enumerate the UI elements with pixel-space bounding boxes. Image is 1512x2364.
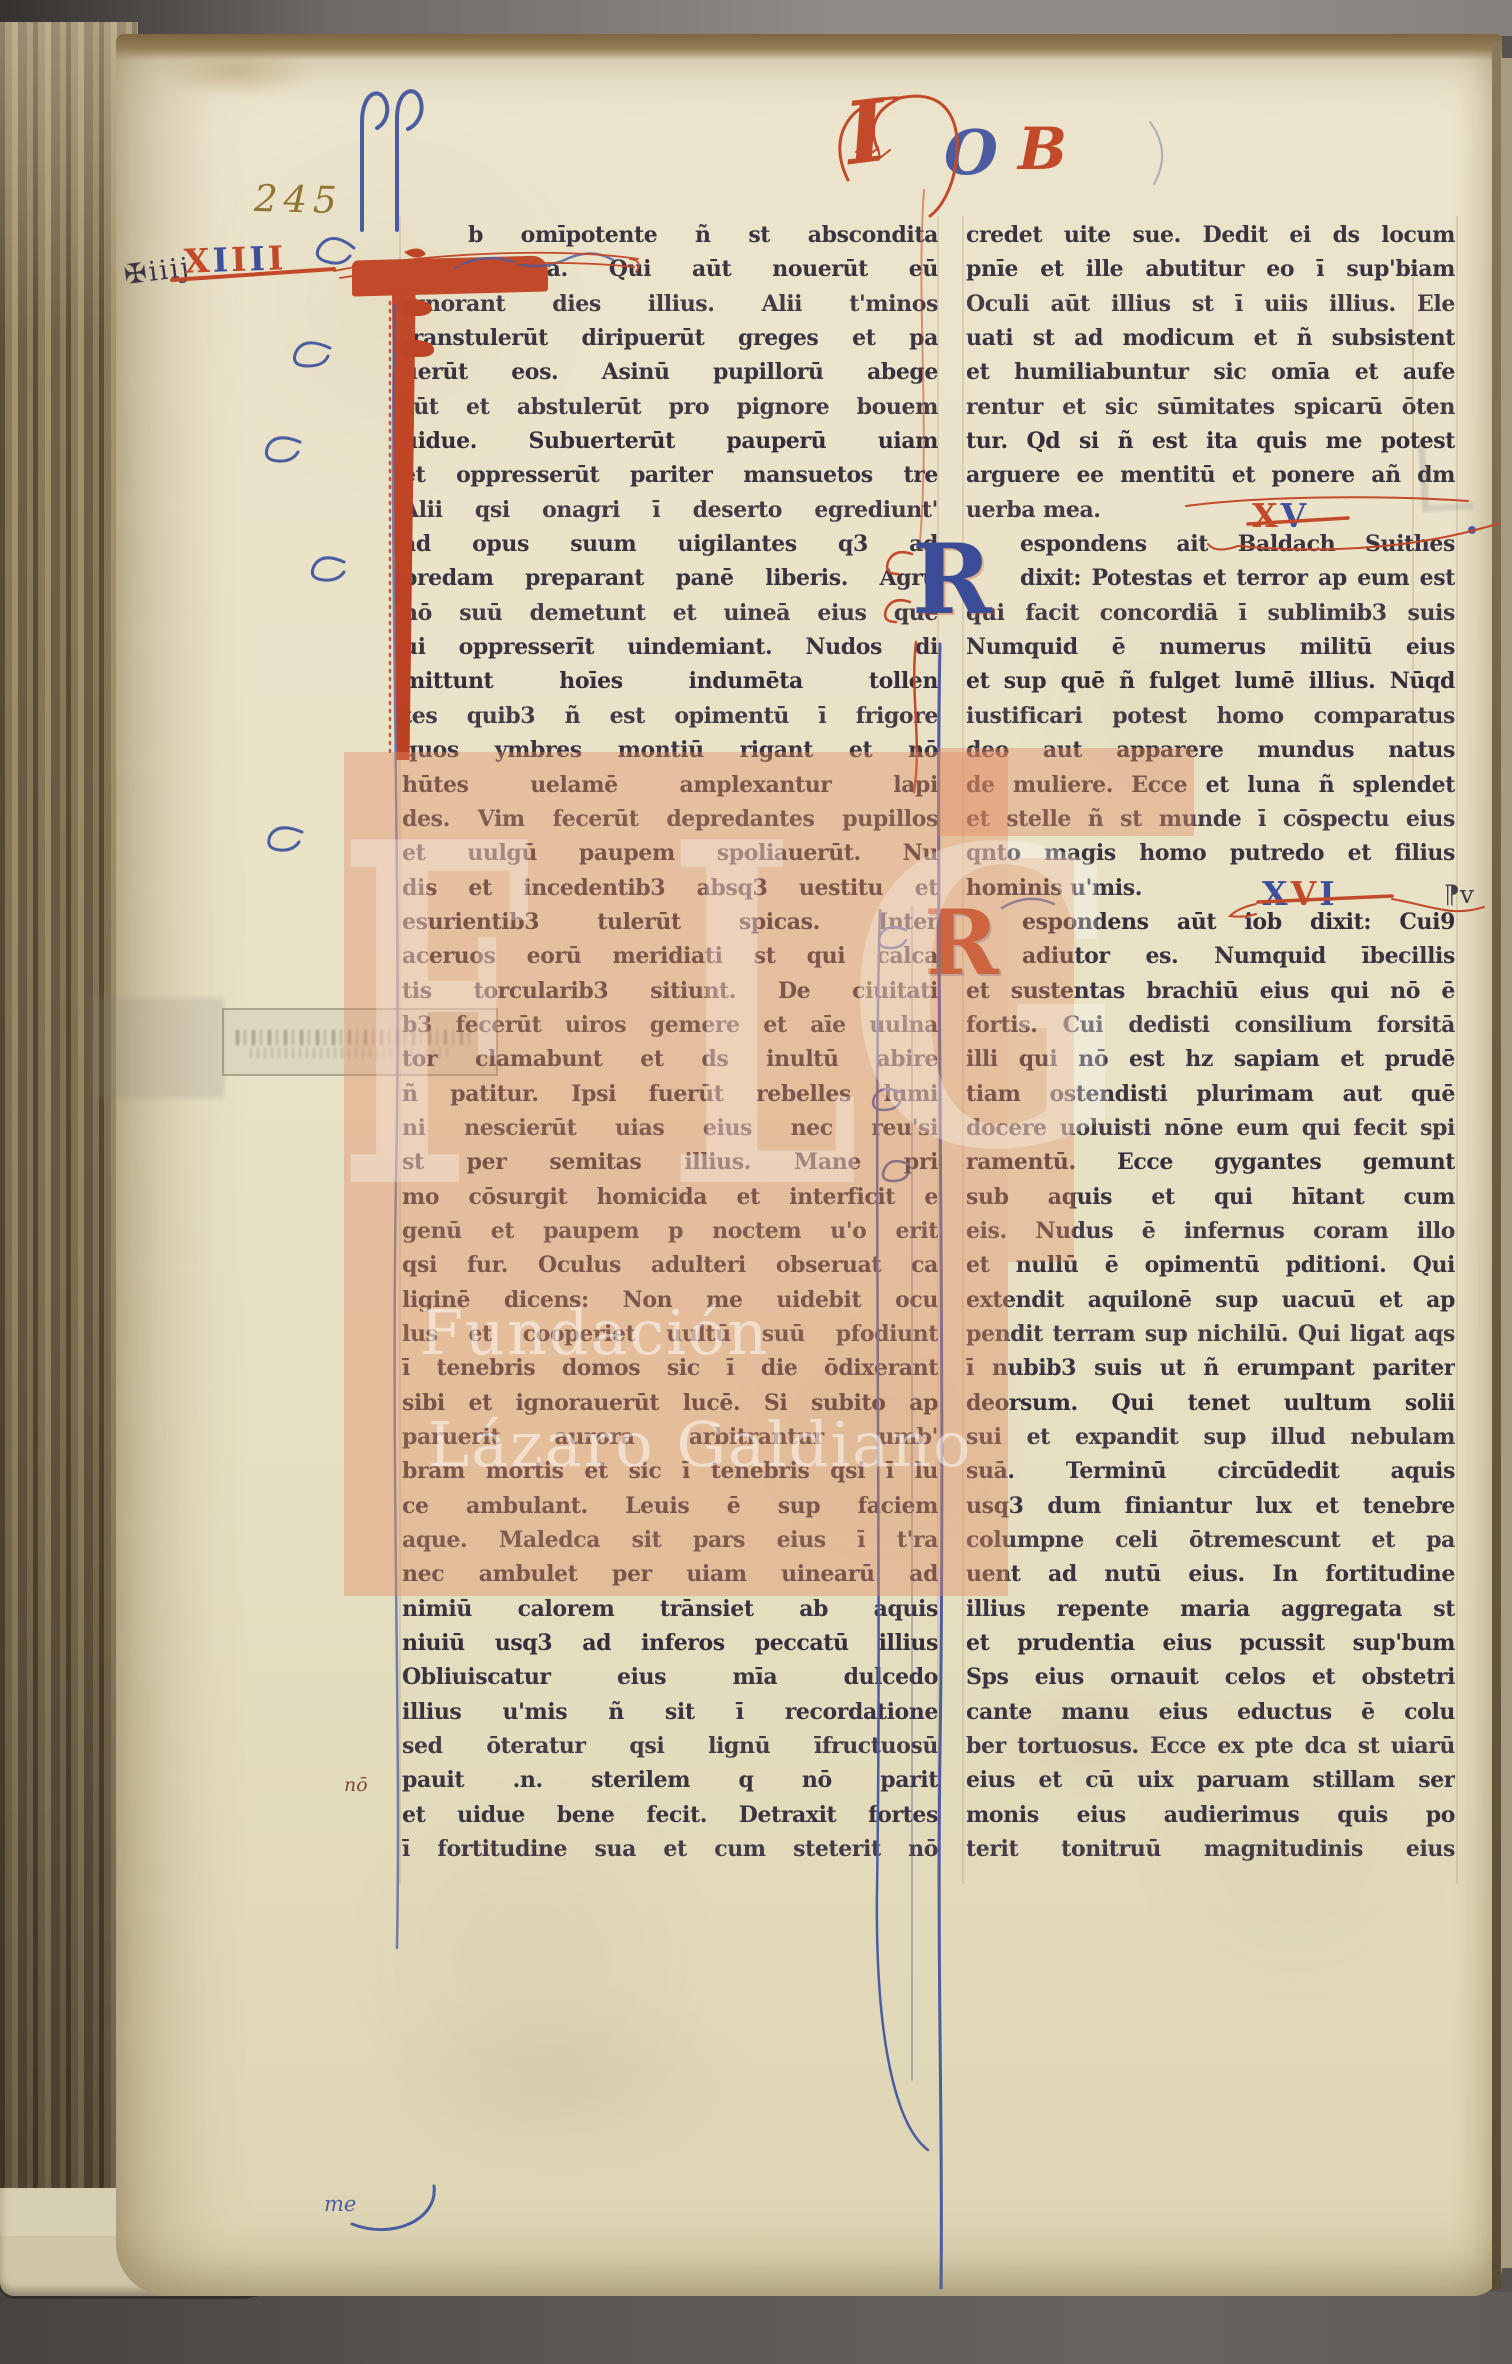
text-column-right: credet uite sue. Dedit ei ds locumpnīe e…: [966, 218, 1455, 1867]
text-line: qnto magis homo putredo et filius: [966, 836, 1455, 870]
text-line: tiam ostendisti plurimam aut quē: [966, 1077, 1455, 1111]
text-line: I: [1319, 874, 1337, 913]
text-line: V: [1281, 496, 1310, 535]
text-line: X: [1252, 496, 1281, 535]
text-line: ad opus suum uigilantes q3 ad: [402, 527, 938, 561]
text-line: columpne celi ōtremescunt et pa: [966, 1523, 1455, 1557]
text-line: ī nubib3 suis ut ñ erumpant pariter: [966, 1351, 1455, 1385]
text-line: illi qui nō est hz sapiam et prudē: [966, 1042, 1455, 1076]
text-line: ī fortitudine sua et cum steterit nō: [402, 1832, 938, 1866]
text-line: iustificari potest homo comparatus: [966, 699, 1455, 733]
text-line: qsi fur. Oculus adulteri obseruat ca: [402, 1248, 938, 1282]
text-line: I: [230, 240, 250, 280]
underlying-pages-right: [1501, 58, 1512, 2268]
text-line: ī tenebris domos sic ī die ōdixerant: [402, 1351, 938, 1385]
text-line: lus et cooperiet uultū suū pfodiunt: [402, 1317, 938, 1351]
text-line: eis. Nudus ē infernus coram illo: [966, 1214, 1455, 1248]
text-line: deorsum. Qui tenet uultum solii: [966, 1386, 1455, 1420]
text-line: niuiū usq3 ad inferos peccatū illius: [402, 1626, 938, 1660]
text-line: V: [1291, 874, 1320, 913]
text-line: pauit .n. sterilem q nō parit: [402, 1763, 938, 1797]
text-line: I: [267, 238, 287, 278]
text-line: tes quib3 ñ est opimentū ī frigore: [402, 699, 938, 733]
chapter-numeral-xiiii: XIIII: [183, 238, 287, 281]
text-line: I: [212, 240, 232, 280]
text-line: fortis. Cui dedisti consilium forsitā: [966, 1008, 1455, 1042]
text-line: et nullū ē opimentū pditioni. Qui: [966, 1248, 1455, 1282]
text-line: ce ambulant. Leuis ē sup faciem: [402, 1489, 938, 1523]
parchment-stain: [360, 1980, 760, 2180]
text-line: nec ambulet per uiam uinearū ad: [402, 1557, 938, 1591]
text-line: ñ patitur. Ipsi fuerūt rebelles lumi: [402, 1077, 938, 1111]
text-line: Numquid ē numerus militū eius: [966, 630, 1455, 664]
text-line: illius repente maria aggregata st: [966, 1592, 1455, 1626]
text-line: transtulerūt diripuerūt greges et pa: [402, 321, 938, 355]
text-line: terit tonitruū magnitudinis eius: [966, 1832, 1455, 1866]
text-line: illius u'mis ñ sit ī recordatione: [402, 1695, 938, 1729]
chapter-numeral-xvi: XVI: [1262, 874, 1338, 913]
text-line: mo cōsurgit homicida et interficit e: [402, 1180, 938, 1214]
text-line: ni nescierūt uias eius nec reu'si: [402, 1111, 938, 1145]
text-line: usq3 dum finiantur lux et tenebre: [966, 1489, 1455, 1523]
text-line: et stelle ñ st munde ī cōspectu eius: [966, 802, 1455, 836]
text-line: qui facit concordiā ī sublimib3 suis: [966, 596, 1455, 630]
text-line: adiutor es. Numquid ībecillis: [966, 939, 1455, 973]
text-line: espondens aūt iob dixit: Cui9: [966, 905, 1455, 939]
text-line: rūt et abstulerūt pro pignore bouem: [402, 390, 938, 424]
text-line: X: [183, 241, 213, 281]
text-line: tor clamabunt et ds inultū abire: [402, 1042, 938, 1076]
text-line: sub aquis et qui hītant cum: [966, 1180, 1455, 1214]
text-line: pendit terram sup nichilū. Qui ligat aqs: [966, 1317, 1455, 1351]
text-line: nō suū demetunt et uineā eius quē: [402, 596, 938, 630]
text-line: dis et incedentib3 absq3 uestitu et: [402, 871, 938, 905]
background-top-strip: [0, 0, 1512, 36]
text-line: hominis u'mis.: [966, 871, 1455, 905]
text-line: uerūt eos. Asinū pupillorū abege: [402, 355, 938, 389]
text-line: aceruos eorū meridiati st qui calca: [402, 939, 938, 973]
text-line: dixit: Potestas et terror ap eum est: [966, 561, 1455, 595]
text-line: paruerit aurora arbitrantur umb': [402, 1420, 938, 1454]
text-line: genū et paupem p noctem u'o erit: [402, 1214, 938, 1248]
text-line: credet uite sue. Dedit ei ds locum: [966, 218, 1455, 252]
text-line: ber tortuosus. Ecce ex pte dca st uiarū: [966, 1729, 1455, 1763]
text-line: predam preparant panē liberis. Agrū: [402, 561, 938, 595]
text-line: Obliuiscatur eius mīa dulcedo: [402, 1660, 938, 1694]
text-line: uati st ad modicum et ñ subsistent: [966, 321, 1455, 355]
text-line: extendit aquilonē sup uacuū et ap: [966, 1283, 1455, 1317]
text-line: esurientib3 tulerūt spicas. Inter: [402, 905, 938, 939]
text-line: deo aut apparere mundus natus: [966, 733, 1455, 767]
text-line: docere uoluisti nōne eum qui fecit spi: [966, 1111, 1455, 1145]
text-line: st per semitas illius. Mane pri: [402, 1145, 938, 1179]
text-line: espondens ait Baldach Suithes: [966, 527, 1455, 561]
pen-trial-note: me: [324, 2192, 356, 2216]
text-line: rentur et sic sūmitates spicarū ōten: [966, 390, 1455, 424]
running-title-letter: B: [1018, 120, 1067, 178]
manuscript-photo: b omīpotente ñ st absconditatempora. Qui…: [0, 0, 1512, 2364]
initial-R-chapter-25: R: [912, 532, 992, 628]
initial-A-bar: [352, 255, 548, 296]
margin-smudge: [92, 998, 224, 1098]
text-line: Oculi aūt illius st ī uiis illius. Ele: [966, 287, 1455, 321]
ruling-line: [962, 216, 964, 1884]
initial-A-counter-mark: [400, 340, 434, 357]
text-line: I: [249, 239, 269, 279]
text-line: et uidue bene fecit. Detraxit fortes: [402, 1798, 938, 1832]
text-line: suā. Terminū circūdedit aquis: [966, 1454, 1455, 1488]
text-line: liginē dicens: Non me uidebit ocu: [402, 1283, 938, 1317]
margin-note: nō: [344, 1774, 368, 1796]
running-title-letter: O: [944, 122, 998, 184]
text-line: ramentū. Ecce gygantes gemunt: [966, 1145, 1455, 1179]
text-line: et oppresserūt pariter mansuetos tre: [402, 458, 938, 492]
table-surface: [0, 2292, 1512, 2364]
text-line: pnīe et ille abutitur eo ī sup'biam: [966, 252, 1455, 286]
text-line: sibi et ignorauerūt lucē. Si subito ap: [402, 1386, 938, 1420]
text-line: des. Vim fecerūt depredantes pupillos: [402, 802, 938, 836]
text-line: sui et expandit sup illud nebulam: [966, 1420, 1455, 1454]
initial-A-counter-mark: [402, 300, 432, 316]
chapter-numeral-xv: XV: [1252, 496, 1309, 535]
text-line: mittunt hoīes indumēta tollen: [402, 664, 938, 698]
chapter-margin-mark: ⁋v: [1444, 880, 1474, 909]
text-line: et prudentia eius pcussit sup'bum: [966, 1626, 1455, 1660]
initial-R-chapter-26: R: [924, 898, 999, 988]
text-line: hūtes uelamē amplexantur lapi: [402, 768, 938, 802]
text-line: uerba mea.: [966, 493, 1455, 527]
text-line: b omīpotente ñ st abscondita: [402, 218, 938, 252]
text-line: cante manu eius eductus ē colu: [966, 1695, 1455, 1729]
water-stain: [158, 46, 314, 96]
text-line: et uulgū paupem spoliauerūt. Nu: [402, 836, 938, 870]
text-line: et humiliabuntur sic omīa et aufe: [966, 355, 1455, 389]
text-line: tur. Qd si ñ est ita quis me potest: [966, 424, 1455, 458]
text-line: Alii qsi onagri ī deserto egrediunt': [402, 493, 938, 527]
text-column-left: b omīpotente ñ st absconditatempora. Qui…: [402, 218, 938, 1867]
folio-number: 245: [253, 177, 343, 222]
text-line: arguere ee mentitū et ponere añ dm: [966, 458, 1455, 492]
text-line: Sps eius ornauit celos et obstetri: [966, 1660, 1455, 1694]
text-line: uidue. Subuerterūt pauperū uiam: [402, 424, 938, 458]
text-line: eius et cū uix paruam stillam ser: [966, 1763, 1455, 1797]
text-line: tis torcularib3 sitiunt. De ciuitati: [402, 974, 938, 1008]
text-line: ui oppresserīt uindemiant. Nudos di: [402, 630, 938, 664]
text-line: et sup quē ñ fulget lumē illius. Nūqd: [966, 664, 1455, 698]
text-line: uent ad nutū eius. In fortitudine: [966, 1557, 1455, 1591]
text-line: aque. Maledca sit pars eius ī t'ra: [402, 1523, 938, 1557]
text-line: bram mortis et sic ī tenebris qsi ī lu: [402, 1454, 938, 1488]
text-line: quos ymbres montiū rigant et nō: [402, 733, 938, 767]
text-line: b3 fecerūt uiros gemere et aīe uulna: [402, 1008, 938, 1042]
text-line: de muliere. Ecce et luna ñ splendet: [966, 768, 1455, 802]
text-line: monis eius audierimus quis po: [966, 1798, 1455, 1832]
text-line: et sustentas brachiū eius qui nō ē: [966, 974, 1455, 1008]
text-line: nimiū calorem trānsiet ab aquis: [402, 1592, 938, 1626]
text-line: sed ōteratur qsi lignū īfructuosū: [402, 1729, 938, 1763]
text-line: X: [1262, 874, 1291, 913]
